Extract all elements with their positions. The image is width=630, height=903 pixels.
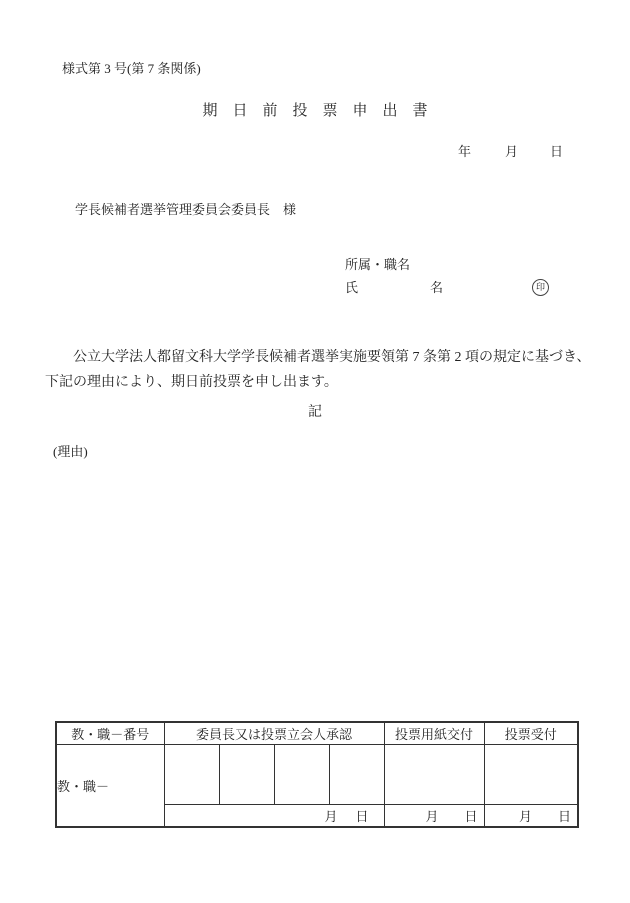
approval-stamp-cell-3 [274, 745, 329, 805]
page-title: 期 日 前 投 票 申 出 書 [0, 104, 630, 119]
day-label: 日 [558, 806, 571, 825]
table-header-row: 教・職－番号 委員長又は投票立会人承認 投票用紙交付 投票受付 [56, 722, 578, 745]
month-label: 月 [519, 806, 532, 825]
year-label: 年 [458, 145, 471, 158]
approval-stamp-cell-1 [164, 745, 219, 805]
vote-reception-date-cell: 月 日 [484, 805, 578, 828]
vote-reception-cell [484, 745, 578, 805]
processing-table: 教・職－番号 委員長又は投票立会人承認 投票用紙交付 投票受付 教・職－ 月 日 [55, 721, 579, 828]
seal-mark: 印 [532, 279, 549, 296]
approval-stamp-cell-4 [329, 745, 384, 805]
body-paragraph: 公立大学法人都留文科大学学長候補者選挙実施要領第 7 条第 2 項の規定に基づき… [45, 345, 590, 395]
name-label-left: 氏 [345, 281, 358, 294]
month-label: 月 [324, 806, 337, 825]
body-line: 下記の理由により、期日前投票を申し出ます。 [45, 370, 590, 395]
month-label: 月 [505, 145, 518, 158]
document-page: 様式第 3 号(第 7 条関係) 期 日 前 投 票 申 出 書 年 月 日 学… [0, 0, 630, 903]
name-line: 氏 名 印 [345, 281, 577, 299]
table-entry-row: 教・職－ [56, 745, 578, 805]
addressee-line: 学長候補者選挙管理委員会委員長 様 [75, 203, 296, 216]
seal-label: 印 [536, 283, 545, 292]
body-line: 公立大学法人都留文科大学学長候補者選挙実施要領第 7 条第 2 項の規定に基づき… [45, 345, 590, 370]
month-label: 月 [425, 806, 438, 825]
form-number: 様式第 3 号(第 7 条関係) [62, 62, 201, 75]
approval-stamp-cell-2 [219, 745, 274, 805]
approval-date-cell: 月 日 [164, 805, 384, 828]
name-label-right: 名 [430, 281, 443, 294]
ballot-issue-date-cell: 月 日 [384, 805, 484, 828]
header-ballot-issue: 投票用紙交付 [384, 722, 484, 745]
header-vote-reception: 投票受付 [484, 722, 578, 745]
header-id-number: 教・職－番号 [56, 722, 164, 745]
id-number-cell: 教・職－ [56, 745, 164, 828]
reason-label: (理由) [53, 445, 88, 458]
ballot-issue-cell [384, 745, 484, 805]
header-approval: 委員長又は投票立会人承認 [164, 722, 384, 745]
affiliation-label: 所属・職名 [345, 258, 410, 271]
day-label: 日 [356, 806, 369, 825]
day-label: 日 [550, 145, 563, 158]
day-label: 日 [465, 806, 478, 825]
record-marker: 記 [0, 406, 630, 420]
